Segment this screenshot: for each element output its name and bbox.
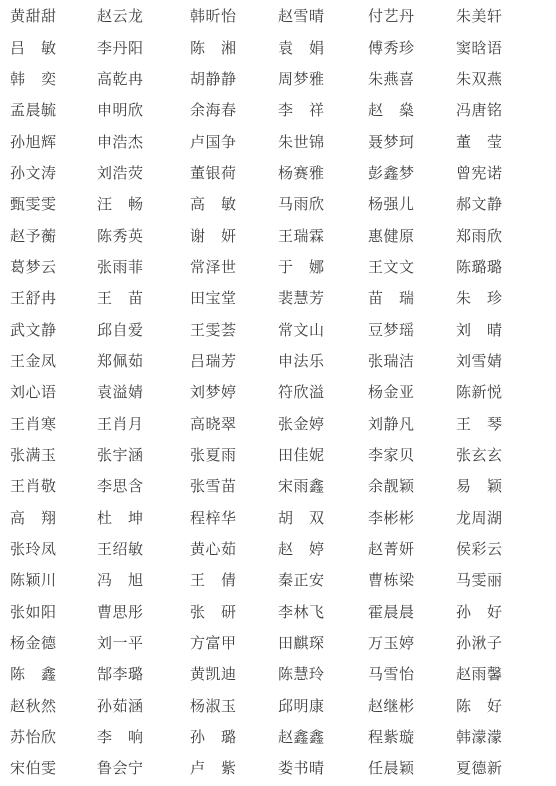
name-cell: 马雯丽 xyxy=(456,566,546,597)
name-cell: 王肖月 xyxy=(97,409,190,440)
name-cell: 王 倩 xyxy=(190,566,278,597)
name-cell: 孙茹涵 xyxy=(97,692,190,723)
name-cell: 邱明康 xyxy=(278,692,368,723)
name-cell: 于 娜 xyxy=(278,253,368,284)
name-cell: 赵继彬 xyxy=(368,692,456,723)
name-cell: 朱双燕 xyxy=(456,65,546,96)
name-cell: 郑佩茹 xyxy=(97,347,190,378)
name-cell: 朱 珍 xyxy=(456,284,546,315)
name-cell: 田宝堂 xyxy=(190,284,278,315)
name-cell: 董 莹 xyxy=(456,127,546,158)
name-cell: 秦正安 xyxy=(278,566,368,597)
name-cell: 郑雨欣 xyxy=(456,221,546,252)
name-cell: 鲁会宁 xyxy=(97,754,190,785)
name-cell: 吕 敏 xyxy=(10,33,97,64)
name-cell: 张雨菲 xyxy=(97,253,190,284)
name-cell: 王肖敬 xyxy=(10,472,97,503)
name-cell: 孙旭辉 xyxy=(10,127,97,158)
name-cell: 张瑞洁 xyxy=(368,347,456,378)
name-cell: 张 研 xyxy=(190,598,278,629)
name-grid: 黄甜甜赵云龙韩昕怡赵雪晴付艺丹朱美轩吕 敏李丹阳陈 湘袁 娟傅秀珍窦晗语韩 奕高… xyxy=(0,0,556,786)
name-cell: 高 翔 xyxy=(10,504,97,535)
name-cell: 李 响 xyxy=(97,723,190,754)
name-cell: 王文文 xyxy=(368,253,456,284)
name-cell: 周梦雅 xyxy=(278,65,368,96)
name-cell: 王金凤 xyxy=(10,347,97,378)
name-cell: 夏德新 xyxy=(456,754,546,785)
name-cell: 张夏雨 xyxy=(190,441,278,472)
name-cell: 卢 紫 xyxy=(190,754,278,785)
name-cell: 赵 婷 xyxy=(278,535,368,566)
name-cell: 杨强儿 xyxy=(368,190,456,221)
name-cell: 杨金德 xyxy=(10,629,97,660)
name-cell: 余海春 xyxy=(190,96,278,127)
name-cell: 袁溢婧 xyxy=(97,378,190,409)
name-cell: 邱自爱 xyxy=(97,315,190,346)
name-cell: 刘雪婧 xyxy=(456,347,546,378)
name-cell: 韩 奕 xyxy=(10,65,97,96)
name-cell: 赵鑫鑫 xyxy=(278,723,368,754)
name-cell: 韩昕怡 xyxy=(190,2,278,33)
name-cell: 李家贝 xyxy=(368,441,456,472)
name-cell: 王舒冉 xyxy=(10,284,97,315)
name-cell: 陈 鑫 xyxy=(10,660,97,691)
name-cell: 胡 双 xyxy=(278,504,368,535)
name-cell: 申法乐 xyxy=(278,347,368,378)
name-cell: 侯彩云 xyxy=(456,535,546,566)
name-cell: 陈颖川 xyxy=(10,566,97,597)
name-cell: 宋雨鑫 xyxy=(278,472,368,503)
name-cell: 王 琴 xyxy=(456,409,546,440)
name-cell: 任晨颖 xyxy=(368,754,456,785)
name-cell: 张玄玄 xyxy=(456,441,546,472)
name-cell: 杨淑玉 xyxy=(190,692,278,723)
name-cell: 窦晗语 xyxy=(456,33,546,64)
name-cell: 杨赛雅 xyxy=(278,159,368,190)
name-cell: 申明欣 xyxy=(97,96,190,127)
name-cell: 杨金亚 xyxy=(368,378,456,409)
name-cell: 苗 瑞 xyxy=(368,284,456,315)
name-cell: 张金婷 xyxy=(278,409,368,440)
name-cell: 余靓颖 xyxy=(368,472,456,503)
name-cell: 冯 旭 xyxy=(97,566,190,597)
name-cell: 杜 坤 xyxy=(97,504,190,535)
name-cell: 娄书晴 xyxy=(278,754,368,785)
name-cell: 常泽世 xyxy=(190,253,278,284)
name-cell: 李 祥 xyxy=(278,96,368,127)
name-cell: 马雨欣 xyxy=(278,190,368,221)
name-cell: 孟晨毓 xyxy=(10,96,97,127)
name-cell: 张如阳 xyxy=(10,598,97,629)
name-cell: 汪 畅 xyxy=(97,190,190,221)
name-cell: 董银荷 xyxy=(190,159,278,190)
name-cell: 赵 燊 xyxy=(368,96,456,127)
name-cell: 刘静凡 xyxy=(368,409,456,440)
name-cell: 陈慧玲 xyxy=(278,660,368,691)
name-cell: 赵雪晴 xyxy=(278,2,368,33)
name-cell: 苏怡欣 xyxy=(10,723,97,754)
name-cell: 陈秀英 xyxy=(97,221,190,252)
name-cell: 王瑞霖 xyxy=(278,221,368,252)
name-cell: 方富甲 xyxy=(190,629,278,660)
name-cell: 王 苗 xyxy=(97,284,190,315)
name-cell: 裴慧芳 xyxy=(278,284,368,315)
name-cell: 谢 妍 xyxy=(190,221,278,252)
name-cell: 武文静 xyxy=(10,315,97,346)
name-cell: 赵菁妍 xyxy=(368,535,456,566)
name-cell: 王绍敏 xyxy=(97,535,190,566)
name-cell: 冯唐铭 xyxy=(456,96,546,127)
name-cell: 霍晨晨 xyxy=(368,598,456,629)
name-cell: 田麒琛 xyxy=(278,629,368,660)
name-cell: 黄心茹 xyxy=(190,535,278,566)
name-cell: 李林飞 xyxy=(278,598,368,629)
name-cell: 黄甜甜 xyxy=(10,2,97,33)
name-cell: 王肖寒 xyxy=(10,409,97,440)
name-cell: 刘一平 xyxy=(97,629,190,660)
name-cell: 张宇涵 xyxy=(97,441,190,472)
name-cell: 孙湫子 xyxy=(456,629,546,660)
name-cell: 符欣溢 xyxy=(278,378,368,409)
name-cell: 刘 晴 xyxy=(456,315,546,346)
name-cell: 聂梦珂 xyxy=(368,127,456,158)
name-cell: 王雯荟 xyxy=(190,315,278,346)
name-cell: 田佳妮 xyxy=(278,441,368,472)
name-cell: 葛梦云 xyxy=(10,253,97,284)
name-cell: 万玉婷 xyxy=(368,629,456,660)
name-cell: 袁 娟 xyxy=(278,33,368,64)
name-cell: 傅秀珍 xyxy=(368,33,456,64)
name-cell: 张玲凤 xyxy=(10,535,97,566)
name-cell: 宋伯雯 xyxy=(10,754,97,785)
name-cell: 韩濛濛 xyxy=(456,723,546,754)
name-cell: 孙文涛 xyxy=(10,159,97,190)
name-cell: 程紫璇 xyxy=(368,723,456,754)
name-cell: 陈璐璐 xyxy=(456,253,546,284)
name-cell: 彭鑫梦 xyxy=(368,159,456,190)
name-cell: 朱燕喜 xyxy=(368,65,456,96)
name-cell: 吕瑞芳 xyxy=(190,347,278,378)
name-cell: 胡静静 xyxy=(190,65,278,96)
name-cell: 赵雨馨 xyxy=(456,660,546,691)
name-cell: 付艺丹 xyxy=(368,2,456,33)
name-cell: 李丹阳 xyxy=(97,33,190,64)
name-cell: 赵云龙 xyxy=(97,2,190,33)
name-cell: 曹思彤 xyxy=(97,598,190,629)
name-cell: 孙 璐 xyxy=(190,723,278,754)
name-cell: 卢国争 xyxy=(190,127,278,158)
name-cell: 曾宪诺 xyxy=(456,159,546,190)
name-cell: 李思含 xyxy=(97,472,190,503)
name-cell: 常文山 xyxy=(278,315,368,346)
name-cell: 黄凯迪 xyxy=(190,660,278,691)
name-cell: 陈新悦 xyxy=(456,378,546,409)
name-cell: 曹栋梁 xyxy=(368,566,456,597)
name-cell: 陈 好 xyxy=(456,692,546,723)
name-cell: 马雪怡 xyxy=(368,660,456,691)
name-cell: 刘心语 xyxy=(10,378,97,409)
name-cell: 刘梦婷 xyxy=(190,378,278,409)
name-cell: 李彬彬 xyxy=(368,504,456,535)
name-cell: 张满玉 xyxy=(10,441,97,472)
name-cell: 程梓华 xyxy=(190,504,278,535)
name-cell: 朱世锦 xyxy=(278,127,368,158)
name-cell: 高晓翠 xyxy=(190,409,278,440)
name-cell: 张雪苗 xyxy=(190,472,278,503)
name-cell: 赵予蘅 xyxy=(10,221,97,252)
name-cell: 刘浩荧 xyxy=(97,159,190,190)
name-cell: 郝文静 xyxy=(456,190,546,221)
name-cell: 豆梦瑶 xyxy=(368,315,456,346)
name-cell: 孙 好 xyxy=(456,598,546,629)
name-cell: 赵秋然 xyxy=(10,692,97,723)
name-cell: 龙周湖 xyxy=(456,504,546,535)
name-cell: 高 敏 xyxy=(190,190,278,221)
name-cell: 惠健原 xyxy=(368,221,456,252)
name-cell: 陈 湘 xyxy=(190,33,278,64)
name-cell: 甄雯雯 xyxy=(10,190,97,221)
name-cell: 易 颖 xyxy=(456,472,546,503)
name-cell: 郜李璐 xyxy=(97,660,190,691)
name-cell: 申浩杰 xyxy=(97,127,190,158)
name-cell: 朱美轩 xyxy=(456,2,546,33)
name-cell: 高乾冉 xyxy=(97,65,190,96)
